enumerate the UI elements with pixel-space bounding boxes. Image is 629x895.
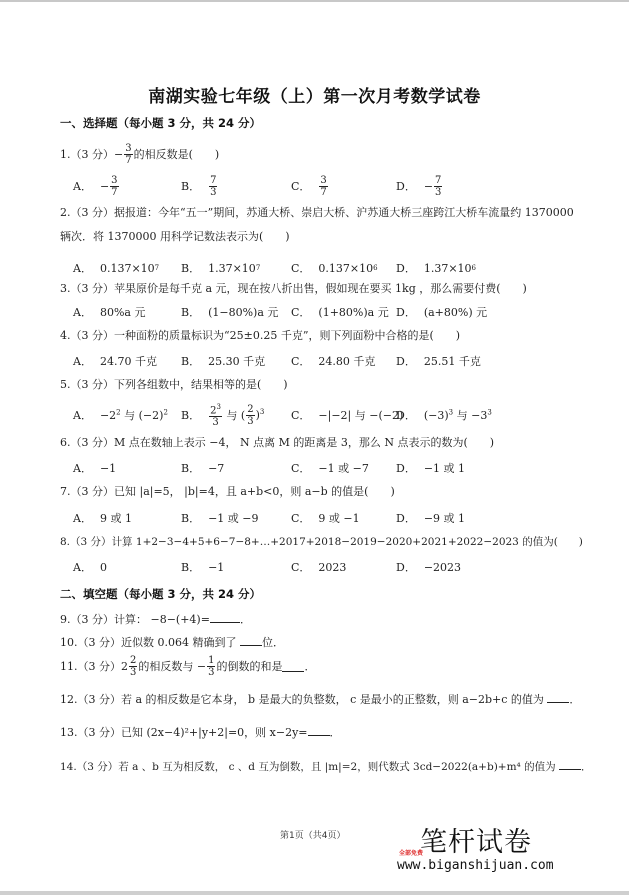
option-b[interactable]: B．−1 xyxy=(181,553,224,581)
options-q5: A．−22 与 (−2)2 B．233 与 (23)3 C．−|−2| 与 −(… xyxy=(73,401,593,429)
option-d[interactable]: D．−9 或 1 xyxy=(396,504,465,532)
option-d[interactable]: D．−1 或 1 xyxy=(396,454,465,482)
question-text: 近似数 0.064 精确到了 xyxy=(121,636,240,649)
question-7: 7.（3 分）已知 |a|=5， |b|=4，且 a+b<0，则 a−b 的值是… xyxy=(60,485,395,499)
question-2-line2: 辆次．将 1370000 用科学记数法表示为( ) xyxy=(60,230,290,244)
sign: − xyxy=(114,148,123,162)
question-text: 一种面粉的质量标识为“25±0.25 千克”，则下列面粉中合格的是( ) xyxy=(114,329,460,342)
option-d[interactable]: D．25.51 千克 xyxy=(396,347,481,375)
question-text: 若 a 的相反数是它本身， b 是最大的负整数， c 是最小的正整数，则 a−2… xyxy=(121,693,547,706)
watermark-url: www.biganshijuan.com xyxy=(397,858,554,873)
page-title: 南湖实验七年级（上）第一次月考数学试卷 xyxy=(0,82,629,107)
options-q2: A．0.137×107 B．1.37×107 C．0.137×106 D．1.3… xyxy=(73,254,593,282)
question-3: 3.（3 分）苹果原价是每千克 a 元，现在按八折出售，假如现在要买 1kg ，… xyxy=(60,282,527,296)
question-1: 1. （3 分） − 37 的相反数是( ) xyxy=(60,143,219,166)
bottom-border xyxy=(0,891,629,895)
options-q3: A．80%a 元 B．(1−80%)a 元 C．(1+80%)a 元 D．(a+… xyxy=(73,298,593,326)
option-c[interactable]: C．−|−2| 与 −(−2) xyxy=(291,401,403,429)
question-text: 计算 1+2−3−4+5+6−7−8+…+2017+2018−2019−2020… xyxy=(112,536,583,548)
question-number: 1. xyxy=(60,148,71,162)
question-8: 8.（3 分）计算 1+2−3−4+5+6−7−8+…+2017+2018−20… xyxy=(60,535,583,549)
options-q8: A．0 B．−1 C．2023 D．−2023 xyxy=(73,553,593,581)
answer-blank[interactable] xyxy=(308,725,330,736)
question-10: 10.（3 分）近似数 0.064 精确到了 位． xyxy=(60,635,284,650)
option-d[interactable]: D．(a+80%) 元 xyxy=(396,298,487,326)
option-a[interactable]: A．80%a 元 xyxy=(73,298,145,326)
option-d[interactable]: D．−73 xyxy=(396,172,443,200)
answer-blank[interactable] xyxy=(282,661,304,672)
options-q1: A．−37 B．73 C．37 D．−73 xyxy=(73,172,593,200)
option-c[interactable]: C．0.137×106 xyxy=(291,254,378,282)
option-b[interactable]: B．233 与 (23)3 xyxy=(181,401,264,429)
fraction: 37 xyxy=(124,143,132,166)
top-border xyxy=(0,0,629,2)
option-b[interactable]: B．1.37×107 xyxy=(181,254,260,282)
question-12: 12.（3 分）若 a 的相反数是它本身， b 是最大的负整数， c 是最小的正… xyxy=(60,692,580,707)
option-d[interactable]: D．1.37×106 xyxy=(396,254,476,282)
option-a[interactable]: A．0 xyxy=(73,553,107,581)
option-a[interactable]: A．0.137×107 xyxy=(73,254,159,282)
question-text: 下列各组数中，结果相等的是( ) xyxy=(114,378,288,391)
option-a[interactable]: A．−22 与 (−2)2 xyxy=(73,401,168,429)
options-q7: A．9 或 1 B．−1 或 −9 C．9 或 −1 D．−9 或 1 xyxy=(73,504,593,532)
section-heading-fill-in: 二、填空题（每小题 3 分，共 24 分） xyxy=(60,586,261,602)
option-b[interactable]: B．73 xyxy=(181,172,218,200)
question-6: 6.（3 分）M 点在数轴上表示 −4， N 点离 M 的距离是 3，那么 N … xyxy=(60,436,494,450)
fraction: 23 xyxy=(129,655,137,678)
question-2: 2.（3 分）据报道：今年“五一”期间，苏通大桥、崇启大桥、沪苏通大桥三座跨江大… xyxy=(60,206,574,220)
question-text: 已知 |a|=5， |b|=4，且 a+b<0，则 a−b 的值是( ) xyxy=(114,485,395,498)
section-heading-choice: 一、选择题（每小题 3 分，共 24 分） xyxy=(60,115,261,131)
question-text: 计算： −8−(+4)= xyxy=(114,613,210,626)
question-text: M 点在数轴上表示 −4， N 点离 M 的距离是 3，那么 N 点表示的数为(… xyxy=(114,436,494,449)
option-c[interactable]: C．(1+80%)a 元 xyxy=(291,298,389,326)
option-d[interactable]: D．−2023 xyxy=(396,553,461,581)
answer-blank[interactable] xyxy=(240,635,262,646)
question-text: 的相反数是( ) xyxy=(134,148,220,162)
watermark-tag: 全部免费 xyxy=(399,848,423,857)
question-14: 14.（3 分）若 a 、b 互为相反数， c 、d 互为倒数，且 |m|=2，… xyxy=(60,759,591,774)
option-b[interactable]: B．25.30 千克 xyxy=(181,347,265,375)
page-number: 第1页（共4页） xyxy=(280,828,345,841)
question-text: 若 a 、b 互为相反数， c 、d 互为倒数，且 |m|=2，则代数式 3cd… xyxy=(118,761,559,773)
question-13: 13.（3 分）已知 (2x−4)²+|y+2|=0，则 x−2y=． xyxy=(60,725,341,740)
option-a[interactable]: A．−1 xyxy=(73,454,116,482)
question-points: （3 分） xyxy=(71,148,115,162)
question-4: 4.（3 分）一种面粉的质量标识为“25±0.25 千克”，则下列面粉中合格的是… xyxy=(60,329,460,343)
option-b[interactable]: B．(1−80%)a 元 xyxy=(181,298,278,326)
question-5: 5.（3 分）下列各组数中，结果相等的是( ) xyxy=(60,378,288,392)
question-text: 苹果原价是每千克 a 元，现在按八折出售，假如现在要买 1kg ，那么需要付费(… xyxy=(114,282,527,295)
option-a[interactable]: A．−37 xyxy=(73,172,120,200)
option-a[interactable]: A．24.70 千克 xyxy=(73,347,157,375)
options-q6: A．−1 B．−7 C．−1 或 −7 D．−1 或 1 xyxy=(73,454,593,482)
question-text: 已知 (2x−4)²+|y+2|=0，则 x−2y= xyxy=(121,726,308,739)
option-c[interactable]: C．9 或 −1 xyxy=(291,504,360,532)
answer-blank[interactable] xyxy=(559,759,581,770)
answer-blank[interactable] xyxy=(210,612,240,623)
option-b[interactable]: B．−1 或 −9 xyxy=(181,504,259,532)
option-a[interactable]: A．9 或 1 xyxy=(73,504,132,532)
option-c[interactable]: C．−1 或 −7 xyxy=(291,454,369,482)
option-c[interactable]: C．2023 xyxy=(291,553,346,581)
question-9: 9.（3 分）计算： −8−(+4)=． xyxy=(60,612,251,627)
option-c[interactable]: C．37 xyxy=(291,172,329,200)
option-c[interactable]: C．24.80 千克 xyxy=(291,347,375,375)
question-text: 据报道：今年“五一”期间，苏通大桥、崇启大桥、沪苏通大桥三座跨江大桥车流量约 1… xyxy=(114,206,574,219)
option-b[interactable]: B．−7 xyxy=(181,454,224,482)
question-11: 11.（3 分） 2 23 的相反数与 − 13 的倒数的和是 ． xyxy=(60,655,315,678)
option-d[interactable]: D．(−3)3 与 −33 xyxy=(396,401,492,429)
answer-blank[interactable] xyxy=(547,692,569,703)
options-q4: A．24.70 千克 B．25.30 千克 C．24.80 千克 D．25.51… xyxy=(73,347,593,375)
fraction: 13 xyxy=(207,655,215,678)
watermark-logo: 笔杆试卷 xyxy=(420,820,532,859)
